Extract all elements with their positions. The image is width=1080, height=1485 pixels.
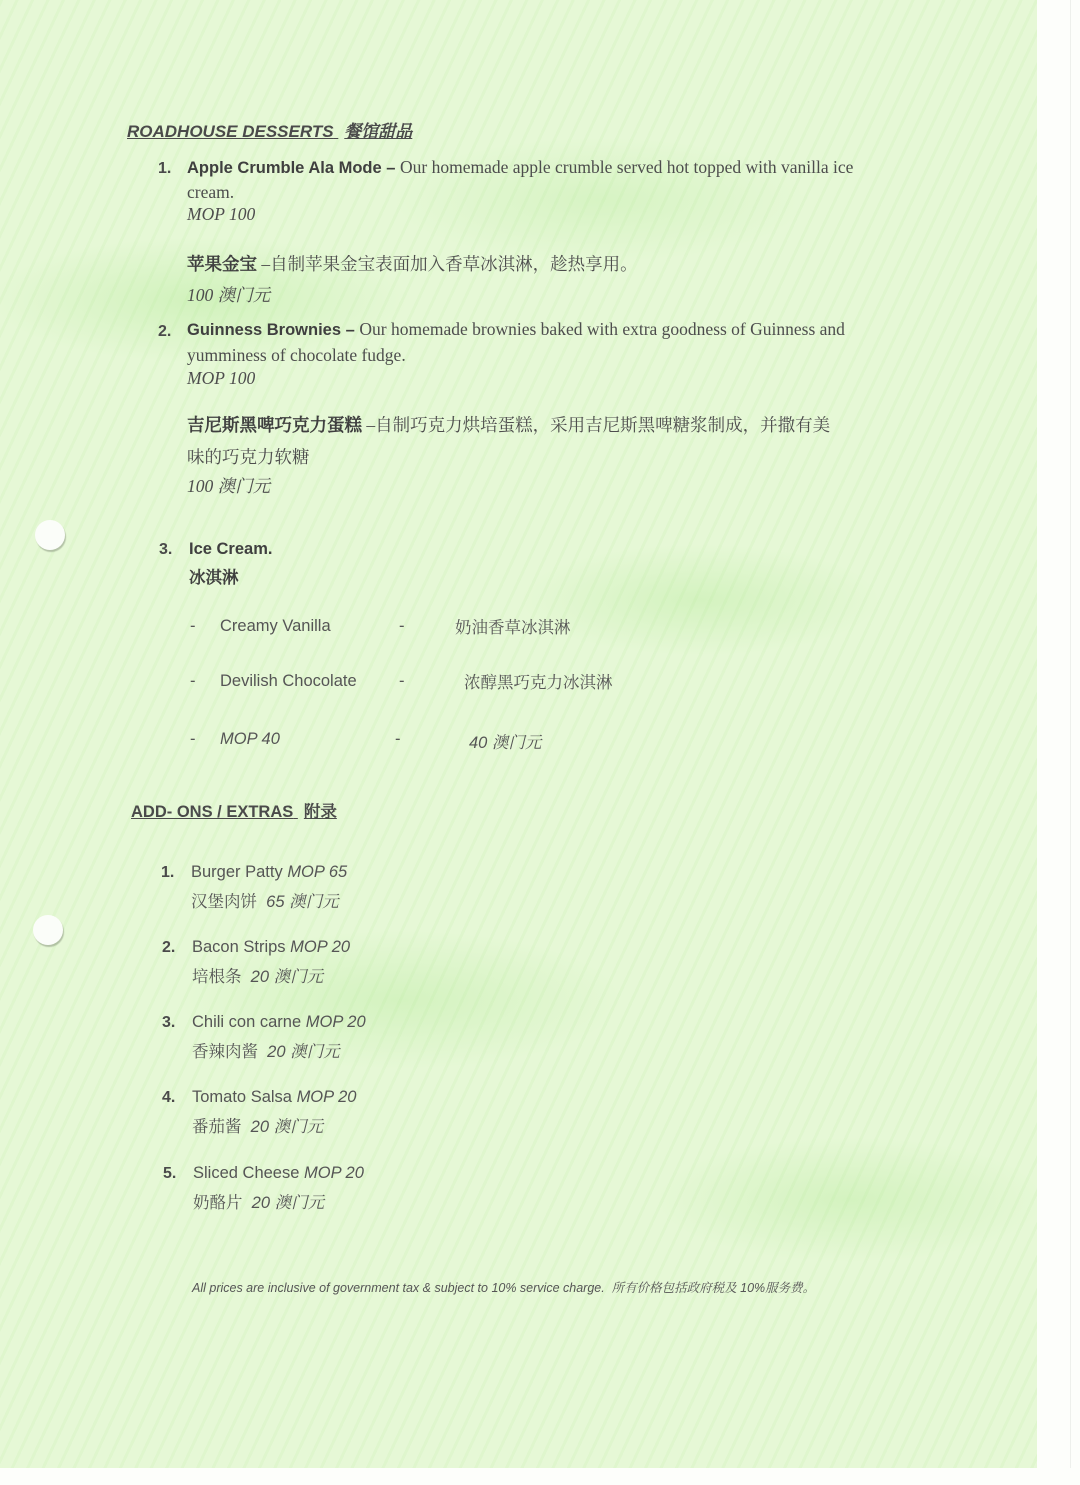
addons-section-title: ADD- ONS / EXTRAS 附录 (131, 798, 337, 822)
addon-5-name-cn: 奶酪片 (193, 1194, 243, 1212)
dessert-2-cn-line1: 吉尼斯黑啤巧克力蛋糕 –自制巧克力烘培蛋糕，采用吉尼斯黑啤糖浆制成，并撒有美 (187, 412, 830, 437)
addons-title-en: ADD- ONS / EXTRAS (131, 803, 293, 821)
addon-2-number: 2. (162, 939, 175, 957)
dessert-2-description-cn: –自制巧克力烘培蛋糕，采用吉尼斯黑啤糖浆制成，并撒有美 (362, 415, 830, 435)
addon-3-number: 3. (162, 1014, 175, 1032)
dessert-1-price-cn: 100 澳门元 (187, 282, 270, 307)
desserts-title-cn: 餐馆甜品 (344, 122, 412, 141)
flavor-2-separator: - (399, 672, 405, 691)
addon-5-price-en: MOP 20 (304, 1164, 364, 1182)
addon-4-number: 4. (162, 1089, 175, 1107)
dessert-1-name: Apple Crumble Ala Mode (187, 159, 382, 177)
addon-2-name-cn: 培根条 (192, 968, 242, 986)
dessert-2-price-cn: 100 澳门元 (187, 473, 270, 498)
addon-5-name: Sliced Cheese (193, 1164, 299, 1182)
addon-3-name: Chili con carne (192, 1013, 301, 1031)
addon-4-name: Tomato Salsa (192, 1088, 292, 1106)
ice-cream-price-cn: 40 澳门元 (469, 729, 541, 753)
dessert-1-line1: Apple Crumble Ala Mode – Our homemade ap… (187, 157, 853, 178)
price-disclaimer: All prices are inclusive of government t… (192, 1278, 815, 1296)
addon-4-price-cn: 20 澳门元 (251, 1118, 323, 1136)
addon-4-price-en: MOP 20 (297, 1088, 357, 1106)
addon-1-price-en: MOP 65 (287, 863, 347, 881)
dessert-2-line1: Guinness Brownies – Our homemade brownie… (187, 319, 845, 340)
addon-3-line-en: Chili con carne MOP 20 (192, 1013, 366, 1032)
dessert-1-description-line2: cream. (187, 182, 234, 203)
dessert-1-description: Our homemade apple crumble served hot to… (400, 157, 853, 177)
dessert-2-description-line2: yumminess of chocolate fudge. (187, 345, 406, 366)
addon-5-line-en: Sliced Cheese MOP 20 (193, 1164, 364, 1183)
ice-cream-price-en: MOP 40 (220, 730, 280, 749)
dessert-1-number: 1. (158, 160, 171, 178)
dessert-1-description-cn: –自制苹果金宝表面加入香草冰淇淋，趁热享用。 (257, 254, 638, 274)
punch-hole-top (35, 520, 65, 550)
dessert-2-number: 2. (158, 323, 171, 341)
punch-hole-bottom (33, 915, 63, 945)
ice-cream-price-dash: - (190, 730, 196, 749)
addon-2-price-cn: 20 澳门元 (251, 968, 323, 986)
addon-5-number: 5. (163, 1165, 176, 1183)
dessert-2-name-cn: 吉尼斯黑啤巧克力蛋糕 (187, 415, 362, 435)
dessert-2-description: Our homemade brownies baked with extra g… (359, 319, 845, 339)
addon-1-name-cn: 汉堡肉饼 (191, 893, 257, 911)
dessert-1-cn-line: 苹果金宝 –自制苹果金宝表面加入香草冰淇淋，趁热享用。 (187, 251, 638, 276)
price-disclaimer-en: All prices are inclusive of government t… (192, 1281, 605, 1295)
dessert-2-cn-line2: 味的巧克力软糖 (187, 444, 310, 469)
addons-title-cn: 附录 (304, 803, 337, 821)
desserts-section-title: ROADHOUSE DESSERTS 餐馆甜品 (127, 117, 412, 142)
addon-4-line-en: Tomato Salsa MOP 20 (192, 1088, 356, 1107)
dessert-1-name-cn: 苹果金宝 (187, 254, 257, 274)
addon-1-line-cn: 汉堡肉饼 65 澳门元 (191, 888, 339, 912)
addon-5-line-cn: 奶酪片 20 澳门元 (193, 1189, 324, 1213)
dessert-3-number: 3. (159, 541, 172, 559)
flavor-1-name-cn: 奶油香草冰淇淋 (455, 614, 571, 638)
dessert-2-price-en: MOP 100 (187, 368, 255, 389)
flavor-1-separator: - (399, 617, 405, 636)
addon-5-price-cn: 20 澳门元 (252, 1194, 324, 1212)
dessert-3-name: Ice Cream. (189, 540, 272, 559)
addon-2-name: Bacon Strips (192, 938, 286, 956)
dessert-1-price-en: MOP 100 (187, 204, 255, 225)
addon-3-name-cn: 香辣肉酱 (192, 1043, 258, 1061)
flavor-1-name: Creamy Vanilla (220, 617, 331, 636)
addon-1-line-en: Burger Patty MOP 65 (191, 863, 347, 882)
desserts-title-en: ROADHOUSE DESSERTS (127, 122, 334, 141)
addon-2-line-en: Bacon Strips MOP 20 (192, 938, 350, 957)
addon-1-number: 1. (161, 864, 174, 882)
scan-edge-line (1070, 0, 1071, 1468)
addon-3-price-cn: 20 澳门元 (267, 1043, 339, 1061)
dessert-2-separator: – (341, 321, 359, 339)
flavor-2-dash: - (190, 672, 196, 691)
dessert-2-name: Guinness Brownies (187, 321, 341, 339)
flavor-1-dash: - (190, 617, 196, 636)
addon-3-price-en: MOP 20 (306, 1013, 366, 1031)
dessert-1-separator: – (382, 159, 400, 177)
addon-2-line-cn: 培根条 20 澳门元 (192, 963, 323, 987)
price-disclaimer-cn: 所有价格包括政府税及 10%服务费。 (612, 1281, 816, 1295)
addon-4-line-cn: 番茄酱 20 澳门元 (192, 1113, 323, 1137)
ice-cream-price-separator: - (395, 730, 401, 749)
addon-2-price-en: MOP 20 (290, 938, 350, 956)
flavor-2-name: Devilish Chocolate (220, 672, 357, 691)
addon-1-name: Burger Patty (191, 863, 283, 881)
addon-3-line-cn: 香辣肉酱 20 澳门元 (192, 1038, 340, 1062)
addon-4-name-cn: 番茄酱 (192, 1118, 242, 1136)
flavor-2-name-cn: 浓醇黑巧克力冰淇淋 (464, 669, 613, 693)
addon-1-price-cn: 65 澳门元 (266, 893, 338, 911)
dessert-3-name-cn: 冰淇淋 (189, 564, 239, 588)
